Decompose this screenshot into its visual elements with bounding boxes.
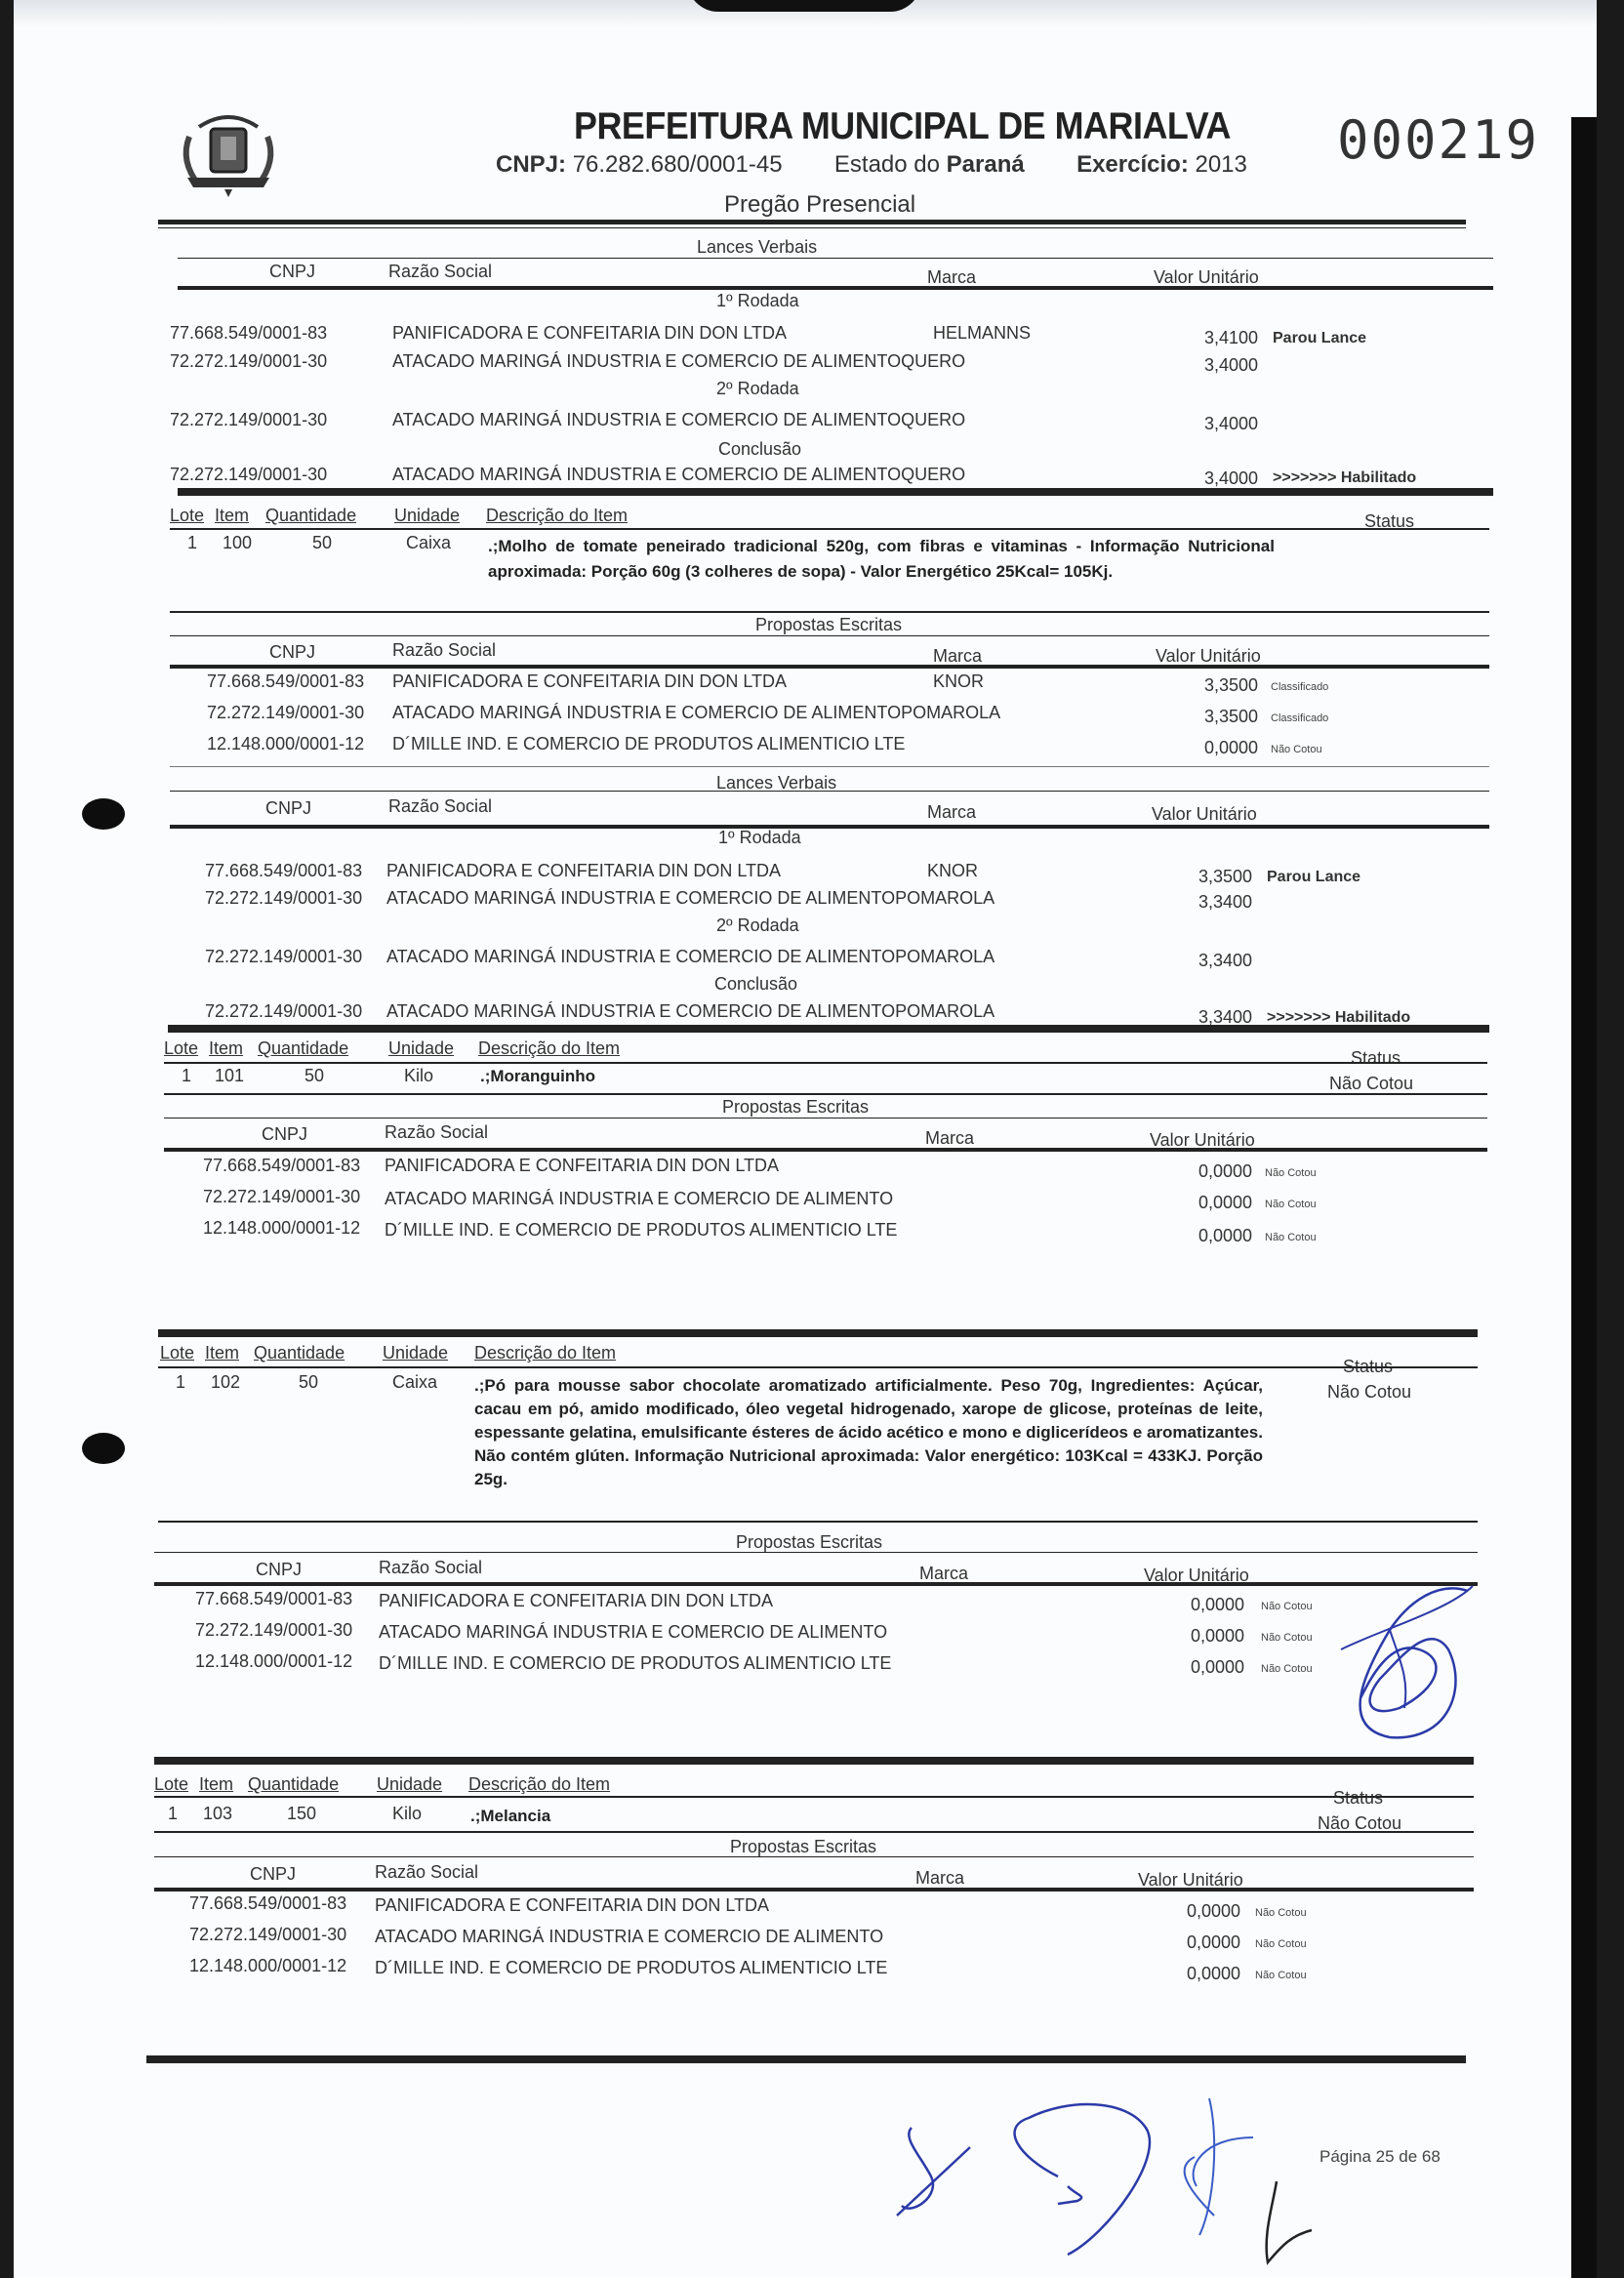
valor: 3,3500 [1204, 675, 1258, 696]
cnpj: 77.668.549/0001-83 [207, 671, 364, 692]
valor: 3,3500 [1204, 707, 1258, 727]
status-badge: Não Cotou [1271, 744, 1322, 755]
col-item: Item [199, 1774, 233, 1795]
col-item: Item [205, 1343, 239, 1363]
round-label: 2º Rodada [716, 379, 799, 399]
cnpj: 72.272.149/0001-30 [205, 888, 362, 909]
valor: 3,3500 [1198, 867, 1252, 887]
col-cnpj: CNPJ [265, 798, 311, 819]
col-quantidade: Quantidade [248, 1774, 339, 1795]
item-status: Não Cotou [1329, 1074, 1413, 1094]
col-lote: Lote [160, 1343, 194, 1363]
divider [178, 258, 1493, 259]
col-valor: Valor Unitário [1154, 267, 1259, 288]
razao-social: D´MILLE IND. E COMERCIO DE PRODUTOS ALIM… [385, 1220, 897, 1241]
cnpj: 72.272.149/0001-30 [205, 1001, 362, 1022]
status-badge: Classificado [1271, 712, 1328, 724]
razao-social: D´MILLE IND. E COMERCIO DE PRODUTOS ALIM… [375, 1958, 887, 1978]
col-valor: Valor Unitário [1152, 804, 1257, 825]
cnpj: 12.148.000/0001-12 [207, 734, 364, 754]
status-badge: Não Cotou [1255, 1938, 1307, 1950]
cnpj: 72.272.149/0001-30 [170, 465, 327, 485]
quantidade-value: 150 [287, 1804, 316, 1824]
razao-social: D´MILLE IND. E COMERCIO DE PRODUTOS ALIM… [392, 734, 905, 754]
col-razao: Razão Social [379, 1558, 482, 1578]
punch-hole [82, 1433, 125, 1464]
section-title: Propostas Escritas [730, 1837, 876, 1857]
cnpj: 72.272.149/0001-30 [203, 1187, 360, 1207]
valor: 0,0000 [1191, 1626, 1244, 1647]
col-marca: Marca [927, 802, 976, 823]
section-title: Lances Verbais [697, 237, 817, 258]
status-badge: Parou Lance [1267, 869, 1360, 886]
section-title: Propostas Escritas [755, 615, 902, 635]
razao-social: ATACADO MARINGÁ INDUSTRIA E COMERCIO DE … [392, 465, 965, 485]
col-descricao: Descrição do Item [468, 1774, 610, 1795]
col-quantidade: Quantidade [265, 506, 356, 526]
item-value: 101 [215, 1066, 244, 1086]
col-quantidade: Quantidade [254, 1343, 345, 1363]
razao-social: PANIFICADORA E CONFEITARIA DIN DON LTDA [375, 1895, 769, 1916]
col-descricao: Descrição do Item [478, 1038, 620, 1059]
section-title: Propostas Escritas [736, 1532, 882, 1553]
col-item: Item [215, 506, 249, 526]
marca: HELMANNS [933, 323, 1031, 344]
divider [164, 1148, 1487, 1152]
divider [178, 286, 1493, 290]
divider [168, 1025, 1489, 1033]
round-label: 2º Rodada [716, 915, 799, 936]
marca: KNOR [927, 861, 978, 881]
status-badge: Não Cotou [1265, 1232, 1317, 1243]
cnpj: 72.272.149/0001-30 [170, 410, 327, 430]
status-badge: Não Cotou [1255, 1907, 1307, 1919]
item-description: .;Melancia [470, 1804, 550, 1829]
valor: 0,0000 [1198, 1193, 1252, 1213]
razao-social: PANIFICADORA E CONFEITARIA DIN DON LTDA [379, 1591, 773, 1611]
divider [178, 488, 1493, 496]
razao-social: ATACADO MARINGÁ INDUSTRIA E COMERCIO DE … [392, 703, 1000, 723]
estado-prefix: Estado do [834, 151, 940, 178]
cnpj: 12.148.000/0001-12 [195, 1651, 352, 1672]
scanned-page: PREFEITURA MUNICIPAL DE MARIALVA CNPJ: 7… [14, 0, 1597, 2278]
col-lote: Lote [164, 1038, 198, 1059]
round-label: Conclusão [714, 974, 797, 995]
status-badge: >>>>>>> Habilitado [1273, 469, 1416, 487]
quantidade-value: 50 [304, 1066, 324, 1086]
col-marca: Marca [919, 1564, 968, 1584]
divider [154, 1831, 1474, 1833]
binder-clip [687, 0, 921, 12]
divider [146, 2055, 1466, 2063]
cnpj: 12.148.000/0001-12 [203, 1218, 360, 1239]
punch-hole [82, 798, 125, 830]
cnpj: 72.272.149/0001-30 [205, 947, 362, 967]
col-unidade: Unidade [394, 506, 460, 526]
col-valor: Valor Unitário [1156, 646, 1261, 667]
cnpj-label: CNPJ: [496, 151, 566, 178]
lote-value: 1 [187, 533, 197, 553]
unidade-value: Kilo [404, 1066, 433, 1086]
divider [154, 1757, 1474, 1765]
divider [170, 528, 1489, 530]
col-razao: Razão Social [375, 1862, 478, 1883]
cnpj-value: 76.282.680/0001-45 [573, 151, 783, 178]
col-item: Item [209, 1038, 243, 1059]
razao-social: ATACADO MARINGÁ INDUSTRIA E COMERCIO DE … [385, 1189, 893, 1209]
marca: KNOR [933, 671, 984, 692]
razao-social: ATACADO MARINGÁ INDUSTRIA E COMERCIO DE … [379, 1622, 887, 1643]
col-razao: Razão Social [392, 640, 496, 661]
cnpj: 77.668.549/0001-83 [203, 1156, 360, 1176]
status-badge: Parou Lance [1273, 330, 1366, 347]
divider [170, 665, 1489, 669]
item-description: .;Pó para mousse sabor chocolate aromati… [474, 1374, 1263, 1491]
cnpj: 77.668.549/0001-83 [195, 1589, 352, 1609]
valor: 3,3400 [1198, 951, 1252, 971]
unidade-value: Caixa [392, 1372, 437, 1393]
coat-of-arms-icon [170, 107, 287, 197]
cnpj: 12.148.000/0001-12 [189, 1956, 346, 1976]
divider [158, 227, 1466, 228]
col-marca: Marca [927, 267, 976, 288]
lote-value: 1 [182, 1066, 191, 1086]
item-value: 100 [223, 533, 252, 553]
valor: 0,0000 [1198, 1161, 1252, 1182]
col-razao: Razão Social [385, 1122, 488, 1143]
valor: 0,0000 [1191, 1657, 1244, 1678]
valor: 0,0000 [1187, 1901, 1240, 1922]
col-status: Status [1351, 1048, 1401, 1069]
status-badge: Não Cotou [1255, 1970, 1307, 1981]
divider [170, 766, 1489, 767]
section-title: Propostas Escritas [722, 1097, 869, 1118]
cnpj: 77.668.549/0001-83 [205, 861, 362, 881]
status-badge: Não Cotou [1265, 1199, 1317, 1210]
estado-value: Paraná [947, 151, 1025, 178]
col-quantidade: Quantidade [258, 1038, 348, 1059]
scan-edge [1571, 117, 1597, 2278]
razao-social: PANIFICADORA E CONFEITARIA DIN DON LTDA [392, 323, 787, 344]
divider [164, 1118, 1487, 1119]
razao-social: ATACADO MARINGÁ INDUSTRIA E COMERCIO DE … [386, 1001, 995, 1022]
document-number: 000219 [1337, 109, 1539, 171]
divider [158, 1366, 1478, 1368]
page-subtitle: Pregão Presencial [724, 191, 915, 219]
divider [154, 1856, 1474, 1857]
col-marca: Marca [925, 1128, 974, 1149]
col-descricao: Descrição do Item [474, 1343, 616, 1363]
item-description: .;Moranguinho [480, 1064, 595, 1089]
divider [158, 1521, 1478, 1523]
signatures-icon [873, 2089, 1478, 2278]
item-value: 103 [203, 1804, 232, 1824]
unidade-value: Kilo [392, 1804, 422, 1824]
col-cnpj: CNPJ [269, 642, 315, 663]
round-label: 1º Rodada [718, 828, 801, 848]
valor: 3,4100 [1204, 328, 1258, 348]
razao-social: ATACADO MARINGÁ INDUSTRIA E COMERCIO DE … [386, 888, 995, 909]
round-label: 1º Rodada [716, 291, 799, 311]
razao-social: PANIFICADORA E CONFEITARIA DIN DON LTDA [392, 671, 787, 692]
signature-initials-icon [1302, 1571, 1478, 1747]
divider [154, 1796, 1474, 1798]
cnpj: 77.668.549/0001-83 [170, 323, 327, 344]
col-marca: Marca [933, 646, 982, 667]
divider [154, 1582, 1478, 1586]
cnpj: 72.272.149/0001-30 [189, 1925, 346, 1945]
divider [164, 1062, 1487, 1064]
header-info: CNPJ: 76.282.680/0001-45 Estado do Paran… [496, 151, 1247, 179]
razao-social: ATACADO MARINGÁ INDUSTRIA E COMERCIO DE … [386, 947, 995, 967]
lote-value: 1 [168, 1804, 178, 1824]
col-unidade: Unidade [377, 1774, 442, 1795]
quantidade-value: 50 [312, 533, 332, 553]
col-razao: Razão Social [388, 262, 492, 282]
item-status: Não Cotou [1327, 1382, 1411, 1403]
status-badge: Não Cotou [1265, 1167, 1317, 1179]
valor: 3,4000 [1204, 468, 1258, 489]
col-cnpj: CNPJ [250, 1864, 296, 1885]
col-marca: Marca [915, 1868, 964, 1889]
cnpj: 72.272.149/0001-30 [207, 703, 364, 723]
divider [170, 825, 1489, 829]
col-cnpj: CNPJ [269, 262, 315, 282]
divider [158, 1329, 1478, 1337]
razao-social: PANIFICADORA E CONFEITARIA DIN DON LTDA [385, 1156, 779, 1176]
valor: 0,0000 [1187, 1964, 1240, 1984]
valor: 0,0000 [1198, 1226, 1252, 1246]
valor: 3,3400 [1198, 892, 1252, 913]
item-description: .;Molho de tomate peneirado tradicional … [488, 534, 1275, 585]
col-unidade: Unidade [388, 1038, 454, 1059]
valor: 0,0000 [1204, 738, 1258, 758]
exercicio-value: 2013 [1195, 151, 1246, 178]
item-value: 102 [211, 1372, 240, 1393]
cnpj: 72.272.149/0001-30 [195, 1620, 352, 1641]
divider [158, 220, 1466, 224]
cnpj: 77.668.549/0001-83 [189, 1893, 346, 1914]
divider [170, 635, 1489, 636]
razao-social: ATACADO MARINGÁ INDUSTRIA E COMERCIO DE … [392, 351, 965, 372]
divider [170, 791, 1489, 792]
divider [170, 611, 1489, 613]
col-lote: Lote [170, 506, 204, 526]
col-status: Status [1333, 1788, 1383, 1809]
divider [164, 1093, 1487, 1095]
razao-social: ATACADO MARINGÁ INDUSTRIA E COMERCIO DE … [375, 1927, 883, 1947]
exercicio-label: Exercício: [1076, 151, 1189, 178]
col-razao: Razão Social [388, 796, 492, 817]
razao-social: D´MILLE IND. E COMERCIO DE PRODUTOS ALIM… [379, 1653, 891, 1674]
lote-value: 1 [176, 1372, 185, 1393]
col-unidade: Unidade [383, 1343, 448, 1363]
quantidade-value: 50 [299, 1372, 318, 1393]
valor: 0,0000 [1191, 1595, 1244, 1615]
col-cnpj: CNPJ [256, 1560, 302, 1580]
razao-social: ATACADO MARINGÁ INDUSTRIA E COMERCIO DE … [392, 410, 965, 430]
round-label: Conclusão [718, 439, 801, 460]
valor: 0,0000 [1187, 1932, 1240, 1953]
razao-social: PANIFICADORA E CONFEITARIA DIN DON LTDA [386, 861, 781, 881]
valor: 3,4000 [1204, 414, 1258, 434]
unidade-value: Caixa [406, 533, 451, 553]
status-badge: Classificado [1271, 681, 1328, 693]
divider [154, 1552, 1478, 1553]
page-title: PREFEITURA MUNICIPAL DE MARIALVA [574, 105, 1231, 148]
col-lote: Lote [154, 1774, 188, 1795]
valor: 3,4000 [1204, 355, 1258, 376]
divider [154, 1888, 1474, 1892]
col-cnpj: CNPJ [262, 1124, 307, 1145]
cnpj: 72.272.149/0001-30 [170, 351, 327, 372]
col-descricao: Descrição do Item [486, 506, 628, 526]
